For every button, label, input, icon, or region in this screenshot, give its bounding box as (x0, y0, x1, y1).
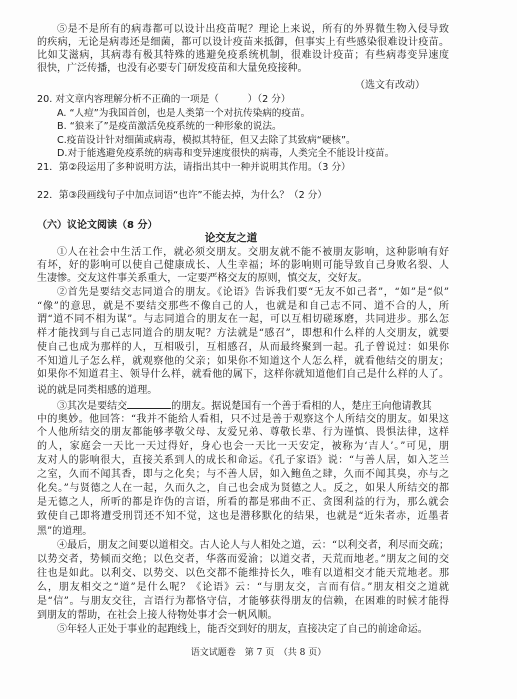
exam-page: ⑤是不是所有的病毒都可以设计出疫苗呢？理论上来说，所有的外界微生物入侵导致 的疾… (0, 0, 517, 699)
essay-line: 黑”的道理。 (37, 525, 449, 538)
question-21: 21．第②段运用了多种说明方法，请指出其中一种并说明其作用。（3 分） (37, 161, 449, 174)
source-note: （选文有改动） (355, 79, 425, 92)
question-20-option-c: C.疫苗设计针对细菌或病毒，模拟其特征，但又去除了其致病“硬核”。 (57, 134, 449, 147)
essay-line: 到朋友的帮助，在社会上接人待物处事才会一帆风顺。 (37, 609, 449, 622)
essay-line: 是无德之人，所听的都是诈伪的言语，所看的都是邪曲不正、贪图利益的行为，那么就会 (37, 496, 449, 509)
essay-line: 不知道儿子怎么样，就观察他的父亲；如果你不知道这个人怎么样，就看他结交的朋友； (37, 355, 449, 368)
essay-line: 以势交者，势倾而交绝；以色交者，华落而爱渝；以道交者，天荒而地老。”朋友之间的交 (37, 553, 449, 566)
essay-line: 有坏，好的影响可以使自己健康成长、人生幸福；坏的影响则可能导致自己身败名裂、人 (37, 259, 449, 272)
essay-line: “像”的意思，就是不要结交那些不像自己的人，也就是和自己志不同、道不合的人，所 (37, 300, 449, 313)
essay-line: ④最后，朋友之间要以道相交。古人论人与人相处之道，云：“以利交者，利尽而交疏； (57, 539, 449, 552)
passage-line: 的疾病，无论是病毒还是细菌，都可以设计疫苗来抵御，但事实上有些感染很难设计疫苗。 (37, 36, 449, 49)
essay-line: 往也是如此。以利交、以势交、以色交都不能维持长久，唯有以道相交才能天荒地老。那 (37, 567, 449, 580)
essay-line: 化矣。”与贤德之人在一起，久而久之，自己也会成为贤德之人。反之，如果人所结交的都 (37, 482, 449, 495)
essay-line: 么，朋友相交之“道”是什么呢？《论语》云：“与朋友交，言而有信。”朋友相交之道就 (37, 581, 449, 594)
essay-line: 友对人的影响很大，直接关系到人的成长和命运。《孔子家语》说：“与善人居，如入芝兰 (37, 454, 449, 467)
essay-text: 的朋友。据说楚国有一个善于看相的人，楚庄王向他请教其 (171, 401, 432, 412)
essay-line: 使自己也成为那样的人，互相吸引，互相感召，从而最终聚到一起。孔子曾说过：如果你 (37, 341, 449, 354)
question-20-option-a: A. “人痘”为我国首创，也是人类第一个对抗传染病的疫苗。 (57, 107, 449, 120)
essay-line: 生凄惨。交友这件事关系重大，一定要严格交友的原则，慎交友，交好友。 (37, 272, 449, 285)
question-20-option-b: B. “狼来了”是疫苗激活免疫系统的一种形象的说法。 (57, 120, 449, 133)
question-22: 22．第③段画线句子中加点词语“也许”不能去掉，为什么？（2 分） (37, 189, 449, 202)
essay-line: 如果你不知道君主、领导什么样，就看他的属下，这样你就知道他们自己是什么样的人了。 (37, 368, 449, 381)
essay-line-with-blank: ③其次是要结交的朋友。据说楚国有一个善于看相的人，楚庄王向他请教其 (57, 399, 449, 412)
essay-title: 论交友之道 (0, 232, 462, 245)
essay-line: 谓“道不同不相为谋”。与志同道合的朋友在一起，可以互相切磋琢磨，共同进步。那么怎 (37, 313, 449, 326)
essay-line: 之室，久而不闻其香，即与之化矣；与不善人居，如入鲍鱼之肆，久而不闻其臭，亦与之 (37, 468, 449, 481)
essay-line: 的人，家庭会一天比一天过得好，身心也会一天比一天安定，被称为‘吉人’。”可见，朋 (37, 440, 449, 453)
essay-line: 是“信”。与朋友交往，言语行为都恪守信，才能够获得朋友的信赖，在困难的时候才能得 (37, 595, 449, 608)
essay-line: 说的就是同类相感的道理。 (37, 384, 449, 397)
fill-in-blank[interactable] (127, 399, 171, 409)
essay-line: 个人他所结交的朋友都能够孝敬父母、友爱兄弟、尊敬长辈、行为谨慎、畏惧法律，这样 (37, 426, 449, 439)
essay-line: ②首先是要结交志同道合的朋友。《论语》告诉我们要“无友不如己者”，“如”是“似” (57, 286, 449, 299)
page-footer: 语文试题卷 第 7 页 （共 8 页） (0, 647, 517, 659)
essay-line: 样才能找到与自己志同道合的朋友呢？方法就是“感召”，即想和什么样的人交朋友，就要 (37, 327, 449, 340)
passage-line: 很快，广泛传播，也没有必要专门研发疫苗和大量免疫接种。 (37, 62, 449, 75)
question-20-option-d: D.对于能逃避免疫系统的病毒和变异速度很快的病毒，人类完全不能设计疫苗。 (57, 147, 449, 160)
passage-line: ⑤是不是所有的病毒都可以设计出疫苗呢？理论上来说，所有的外界微生物入侵导致 (57, 23, 449, 36)
section-heading: （六）议论文阅读（8 分） (37, 219, 157, 232)
essay-line: ⑤年轻人正处于事业的起跑线上，能否交到好的朋友，直接决定了自己的前途命运。 (57, 623, 449, 636)
essay-line: 中的奥妙。他回答：“我并不能给人看相，只不过是善于观察这个人所结交的朋友。如果这 (37, 413, 449, 426)
question-20-stem: 20. 对文章内容理解分析不正确的一项是（ ）（2 分） (37, 93, 449, 106)
essay-line: 致使自己即将遭受刑罚还不知不觉，这也是潜移默化的结果，也就是“近朱者赤，近墨者 (37, 510, 449, 523)
passage-line: 比如艾滋病，其病毒有极其特殊的逃避免疫系统机制，很难设计疫苗；有些病毒变异速度 (37, 49, 449, 62)
essay-text: ③其次是要结交 (57, 401, 127, 412)
essay-line: ①人在社会中生活工作，就必须交朋友。交朋友就不能不被朋友影响，这种影响有好 (57, 246, 449, 259)
